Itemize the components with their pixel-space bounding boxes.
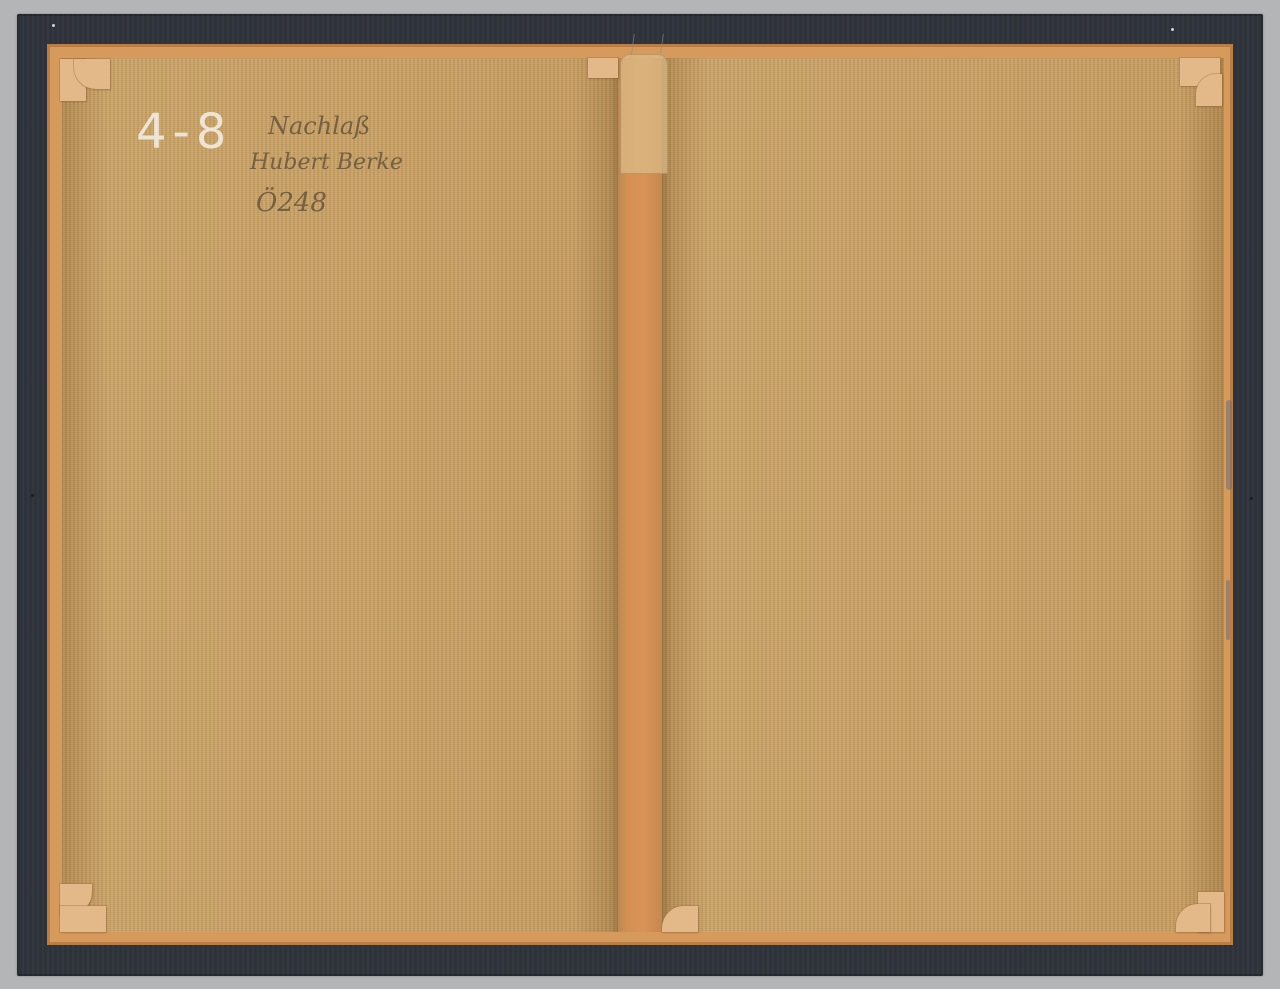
frame-nail-hole (1171, 28, 1174, 31)
canvas-panel-left (62, 58, 618, 932)
frame-nail-hole (31, 494, 34, 497)
crossbar-shadow (610, 58, 618, 932)
pencil-inscription-artist: Hubert Berke (250, 150, 403, 175)
corner-key-bottom-left (60, 906, 106, 932)
tape-strip (620, 54, 668, 174)
paint-smudge (1226, 400, 1232, 490)
pencil-inscription-number: Ö248 (256, 188, 327, 218)
frame-nail-hole (1250, 497, 1253, 500)
pencil-inscription-estate: Nachlaß (268, 112, 370, 140)
chalk-number-inscription: 4-8 (136, 104, 232, 160)
center-crossbar (618, 58, 662, 932)
canvas-panel-right (662, 58, 1224, 932)
crossbar-shadow (662, 58, 672, 932)
frame-nail-hole (52, 24, 55, 27)
paint-smudge (1226, 580, 1230, 640)
corner-key-top-center (588, 58, 618, 78)
